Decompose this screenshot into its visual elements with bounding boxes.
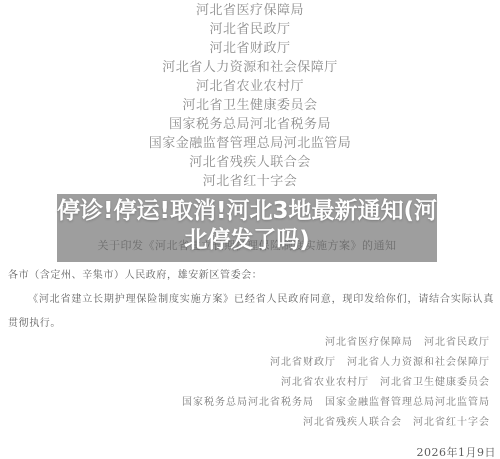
signature-line: 河北省财政厅 河北省人力资源和社会保障厅 — [40, 353, 490, 373]
headline-line-2: 北停发了吗) — [57, 226, 437, 255]
agency-line: 河北省财政厅 — [0, 39, 500, 58]
headline-line-1: 停诊!停运!取消!河北3地最新通知(河 — [57, 197, 437, 226]
salutation-line: 各市（含定州、辛集市）人民政府，雄安新区管委会： — [8, 264, 494, 288]
document-date: 2026年1月9日 — [417, 444, 497, 459]
agency-line: 国家金融监督管理总局河北监管局 — [0, 134, 500, 153]
signature-line: 国家税务总局河北省税务局 国家金融监督管理总局河北监管局 — [40, 393, 490, 413]
signature-line: 河北省残疾人联合会 河北省红十字会 — [40, 413, 490, 433]
agency-line: 河北省医疗保障局 — [0, 1, 500, 20]
document-body: 各市（含定州、辛集市）人民政府，雄安新区管委会： 《河北省建立长期护理保险制度实… — [8, 264, 494, 336]
body-paragraph: 《河北省建立长期护理保险制度实施方案》已经省人民政府同意，现印发给你们，请结合实… — [8, 288, 494, 336]
news-headline: 停诊!停运!取消!河北3地最新通知(河 北停发了吗) — [57, 197, 437, 255]
notice-document-page: 河北省医疗保障局 河北省民政厅 河北省财政厅 河北省人力资源和社会保障厅 河北省… — [0, 0, 500, 459]
headline-overlay-bar: 关于印发《河北省建立长期护理保险制度实施方案》的通知 停诊!停运!取消!河北3地… — [57, 194, 437, 262]
issuing-agency-list: 河北省医疗保障局 河北省民政厅 河北省财政厅 河北省人力资源和社会保障厅 河北省… — [0, 1, 500, 191]
agency-line: 河北省人力资源和社会保障厅 — [0, 58, 500, 77]
agency-line: 河北省卫生健康委员会 — [0, 96, 500, 115]
signature-line: 河北省医疗保障局 河北省民政厅 — [40, 333, 490, 353]
agency-line: 国家税务总局河北省税务局 — [0, 115, 500, 134]
agency-line: 河北省红十字会 — [0, 172, 500, 191]
signature-block: 河北省医疗保障局 河北省民政厅 河北省财政厅 河北省人力资源和社会保障厅 河北省… — [40, 333, 490, 433]
signature-line: 河北省农业农村厅 河北省卫生健康委员会 — [40, 373, 490, 393]
agency-line: 河北省民政厅 — [0, 20, 500, 39]
agency-line: 河北省农业农村厅 — [0, 77, 500, 96]
agency-line: 河北省残疾人联合会 — [0, 153, 500, 172]
